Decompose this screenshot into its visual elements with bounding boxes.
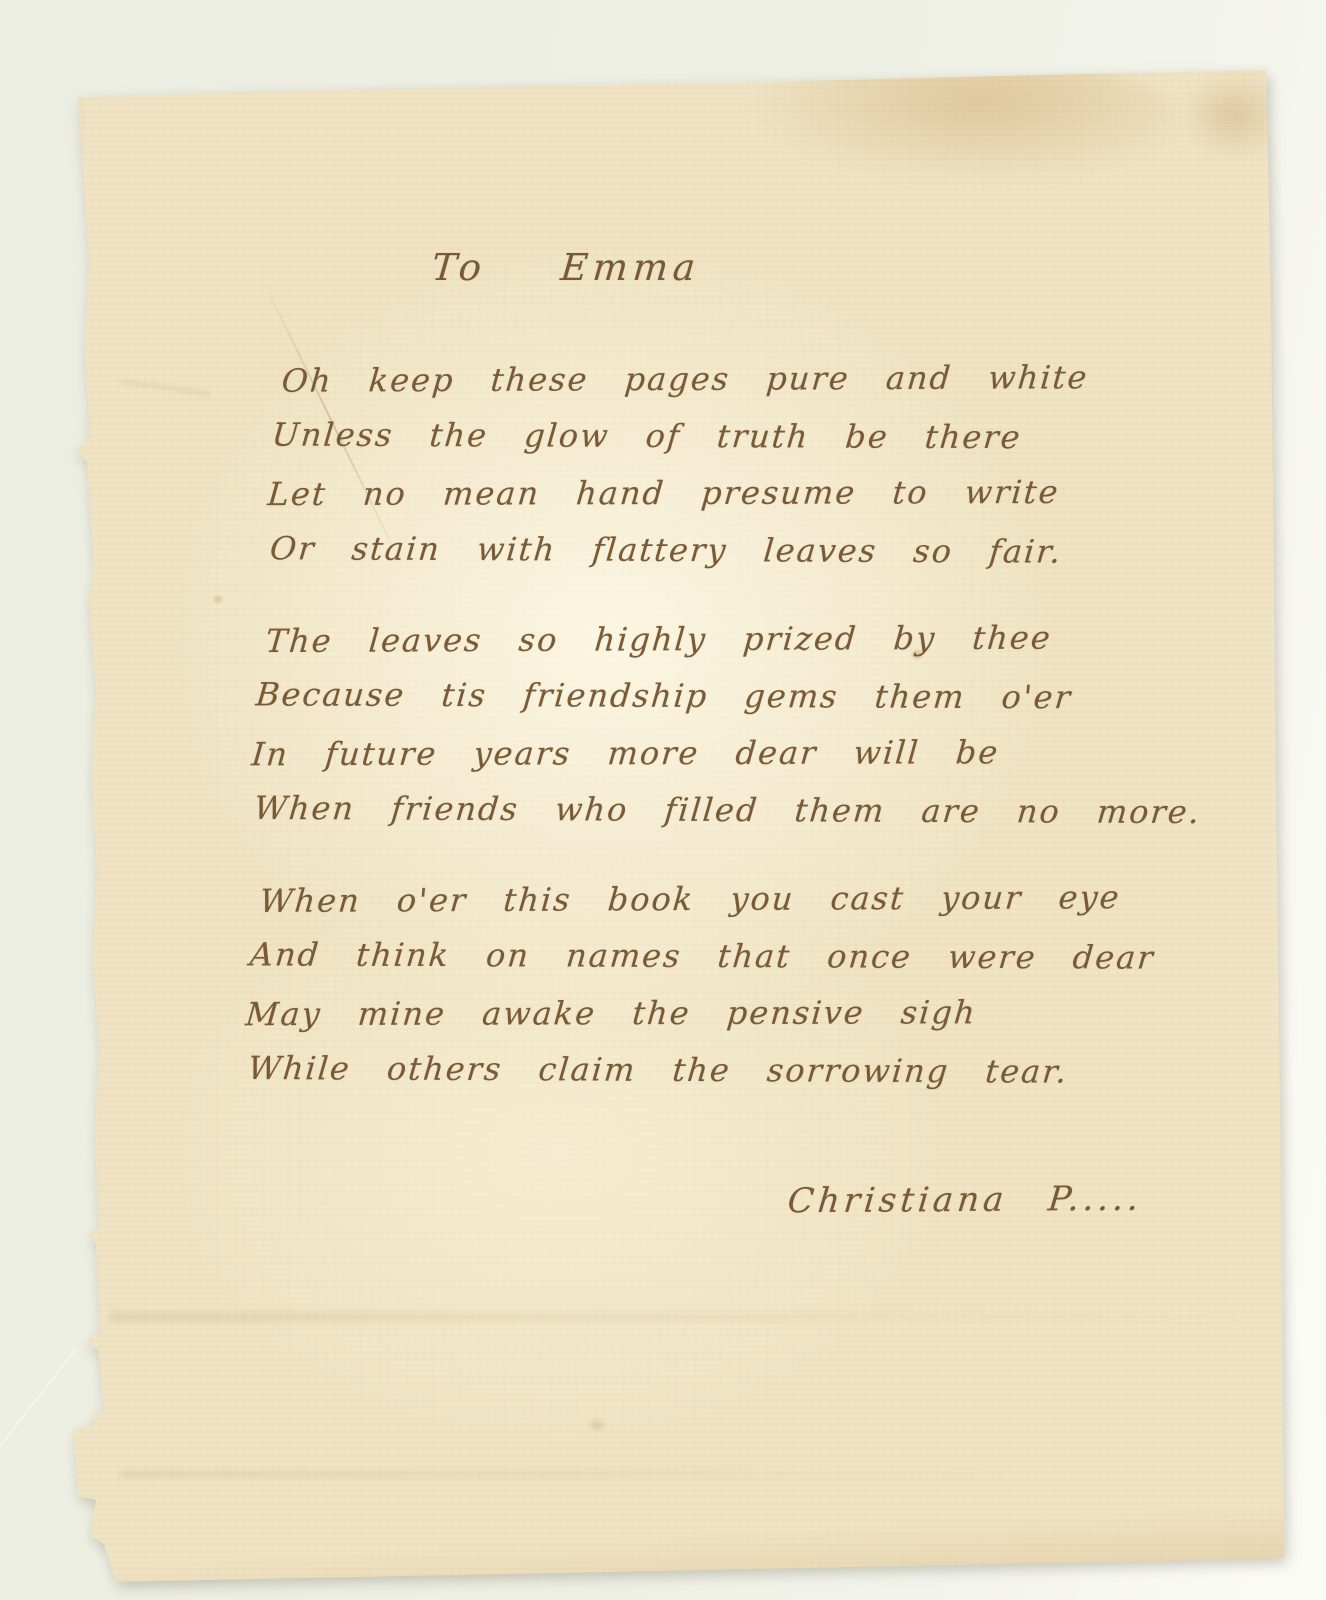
poem-line: When friends who filled them are no more… [252, 779, 1204, 840]
poem-line: May mine awake the pensive sigh [243, 983, 1157, 1042]
poem-line: The leaves so highly prized by thee [263, 608, 1203, 669]
poem-line: While others claim the sorrowing tear. [246, 1039, 1158, 1100]
poem-stanza: When o'er this book you cast your eye An… [246, 870, 1155, 1098]
poem-line: Oh keep these pages pure and white [279, 348, 1090, 409]
poem-line: In future years more dear will be [249, 723, 1203, 782]
poem-line: Or stain with flattery leaves so fair. [268, 519, 1091, 580]
poem-line: Let no mean hand presume to write [265, 463, 1090, 522]
manuscript-paper-shadow: To Emma Oh keep these pages pure and whi… [0, 0, 1326, 1600]
manuscript-paper: To Emma Oh keep these pages pure and whi… [0, 0, 1326, 1600]
poem-content: To Emma Oh keep these pages pure and whi… [0, 0, 1326, 1600]
photo-backdrop: To Emma Oh keep these pages pure and whi… [0, 0, 1326, 1600]
poem-line: When o'er this book you cast your eye [257, 868, 1157, 929]
poem-line: Because tis friendship gems them o'er [254, 665, 1204, 725]
poem-title: To Emma [430, 246, 702, 289]
poem-stanza: The leaves so highly prized by thee Beca… [252, 610, 1201, 838]
poem-line: Unless the glow of truth be there [270, 406, 1091, 466]
poem-signature: Christiana P..... [786, 1179, 1144, 1221]
poem-line: And think on names that once were dear [248, 925, 1158, 985]
poem-stanza: Oh keep these pages pure and white Unles… [268, 350, 1088, 578]
